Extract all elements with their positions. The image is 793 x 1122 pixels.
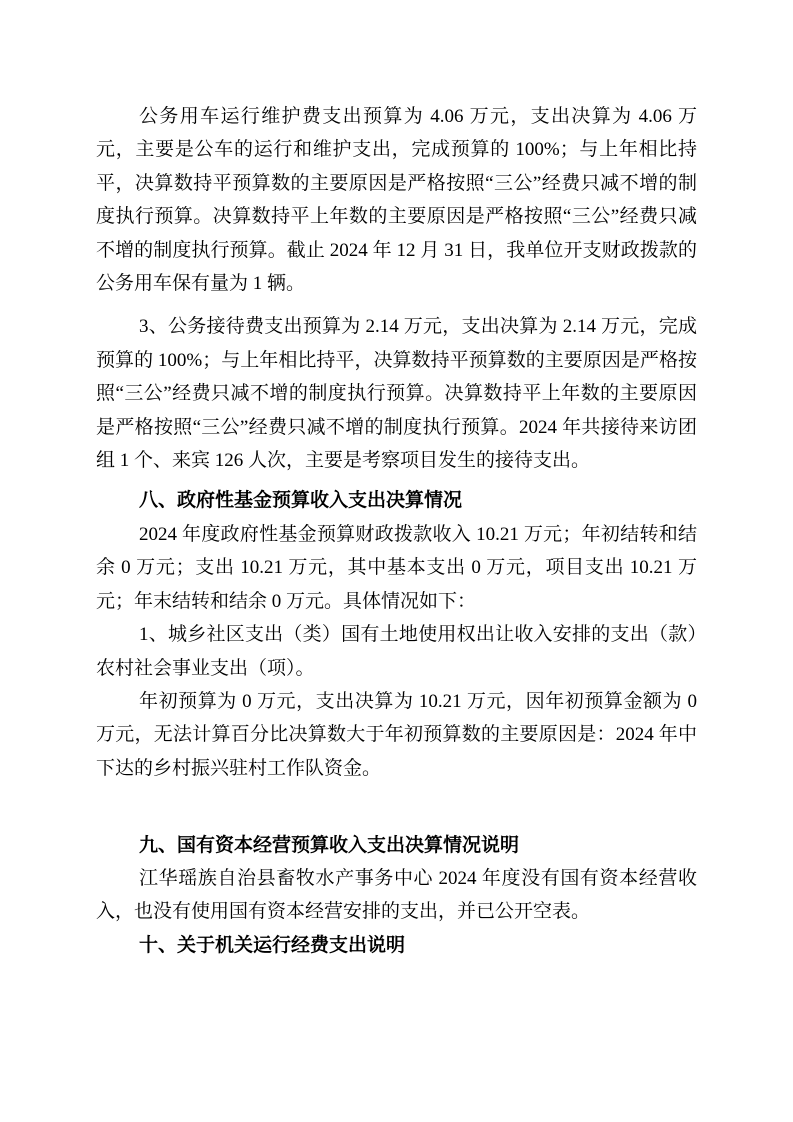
paragraph-government-fund-overview: 2024 年度政府性基金预算财政拨款收入 10.21 万元；年初结转和结余 0 … <box>96 518 697 618</box>
paragraph-official-reception: 3、公务接待费支出预算为 2.14 万元，支出决算为 2.14 万元，完成预算的… <box>96 310 697 477</box>
heading-section-nine-state-capital-budget: 九、国有资本经营预算收入支出决算情况说明 <box>96 829 697 862</box>
blank-line <box>96 785 697 818</box>
heading-section-ten-operating-expenses: 十、关于机关运行经费支出说明 <box>96 929 697 962</box>
document-page: 公务用车运行维护费支出预算为 4.06 万元，支出决算为 4.06 万元，主要是… <box>0 0 793 1122</box>
paragraph-state-capital-explanation: 江华瑶族自治县畜牧水产事务中心 2024 年度没有国有资本经营收入，也没有使用国… <box>96 862 697 929</box>
paragraph-initial-budget-explanation: 年初预算为 0 万元，支出决算为 10.21 万元，因年初预算金额为 0 万元，… <box>96 685 697 785</box>
document-body: 公务用车运行维护费支出预算为 4.06 万元，支出决算为 4.06 万元，主要是… <box>96 100 697 962</box>
heading-section-eight-government-fund-budget: 八、政府性基金预算收入支出决算情况 <box>96 484 697 517</box>
paragraph-urban-rural-community-expenditure: 1、城乡社区支出（类）国有土地使用权出让收入安排的支出（款）农村社会事业支出（项… <box>96 618 697 685</box>
paragraph-official-vehicle-maintenance: 公务用车运行维护费支出预算为 4.06 万元，支出决算为 4.06 万元，主要是… <box>96 100 697 300</box>
